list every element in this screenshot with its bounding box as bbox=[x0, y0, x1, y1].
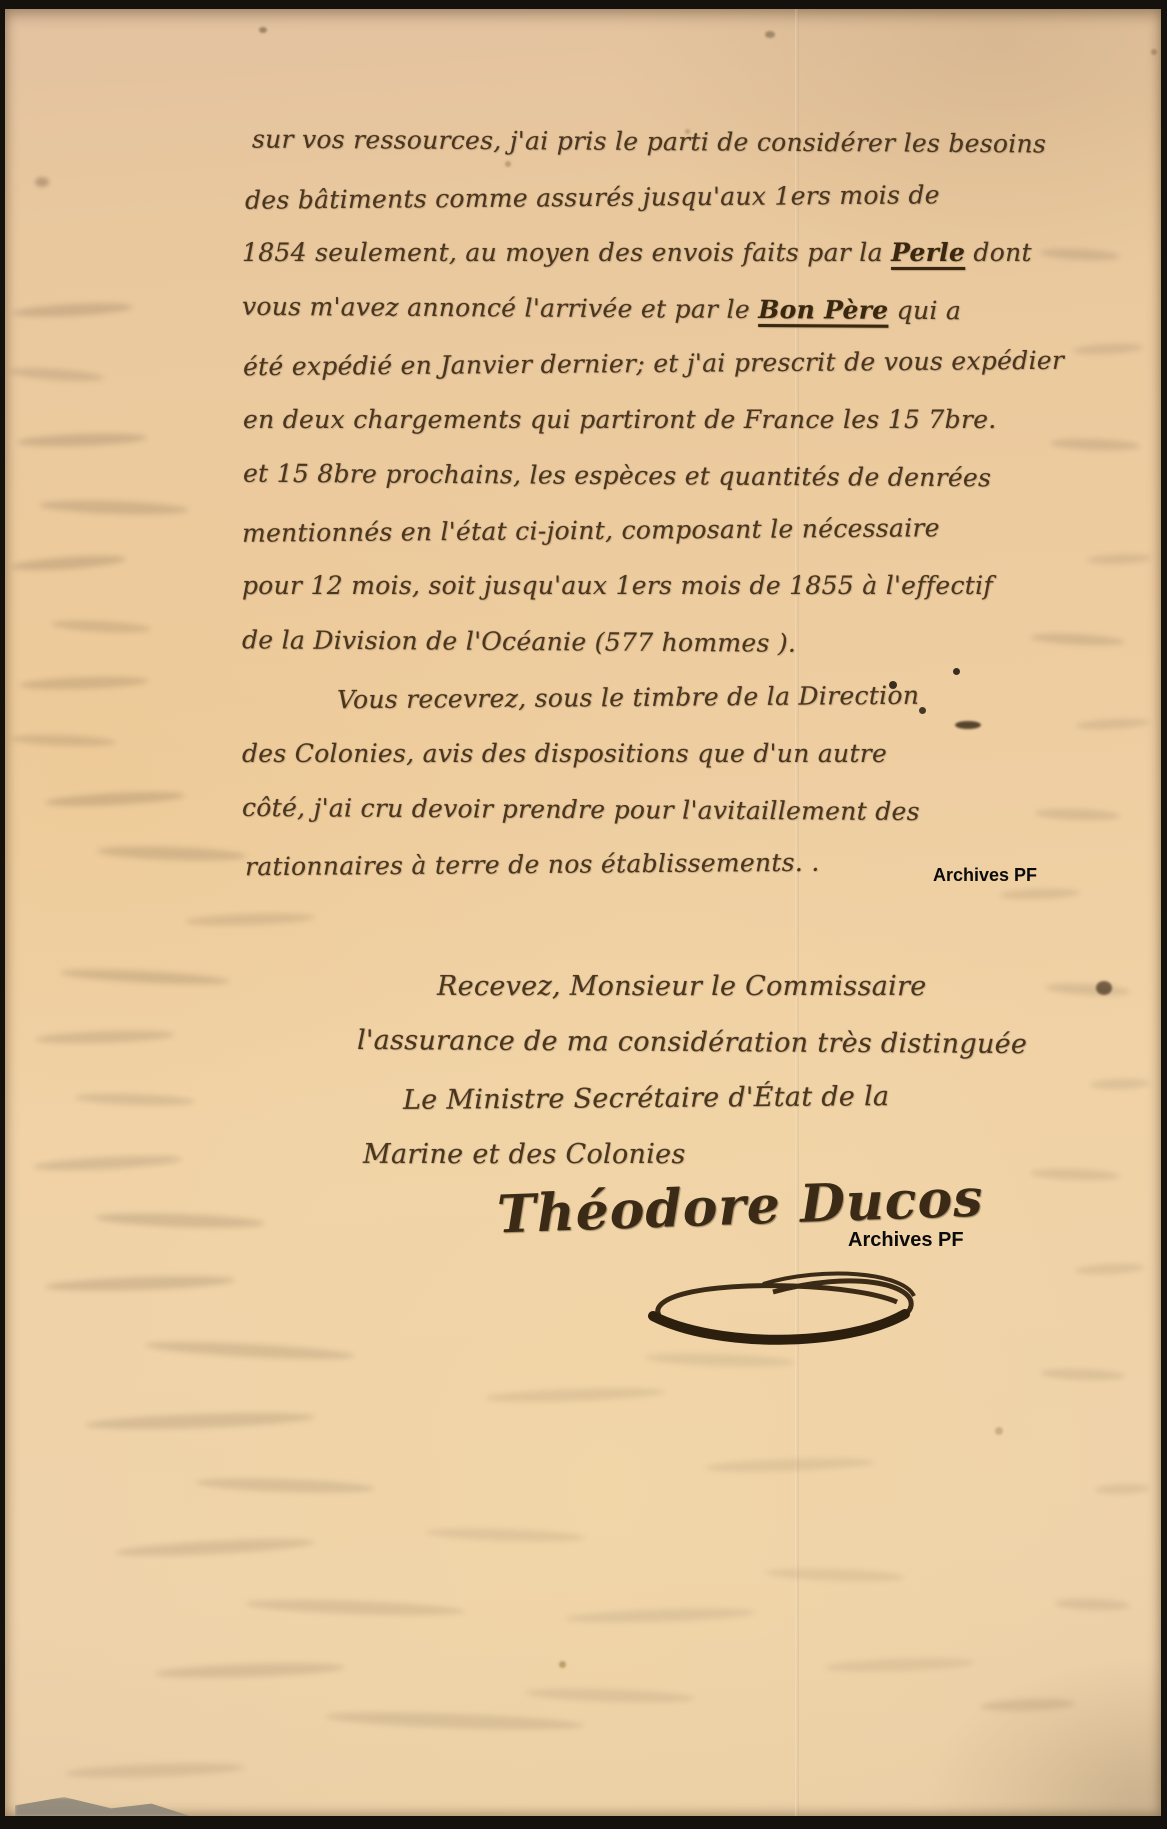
bleed-through-smudge bbox=[1095, 1483, 1150, 1495]
handwritten-line: pour 12 mois, soit jusqu'aux 1ers mois d… bbox=[242, 571, 993, 601]
line-text: vous m'avez annoncé l'arrivée et par le bbox=[242, 292, 758, 324]
handwritten-line: en deux chargements qui partiront de Fra… bbox=[243, 405, 997, 435]
archives-pf-watermark: Archives PF bbox=[933, 866, 1037, 884]
line-text: qui a bbox=[888, 296, 961, 325]
bleed-through-smudge bbox=[145, 1339, 355, 1363]
handwritten-line: 1854 seulement, au moyen des envois fait… bbox=[242, 238, 1032, 268]
bleed-through-smudge bbox=[1050, 437, 1140, 451]
bleed-through-smudge bbox=[11, 553, 127, 573]
bleed-through-smudge bbox=[525, 1686, 695, 1705]
closing-line: Le Ministre Secrétaire d'État de la bbox=[403, 1081, 890, 1117]
bleed-through-smudge bbox=[425, 1526, 585, 1544]
closing-line: l'assurance de ma considération très dis… bbox=[357, 1025, 1027, 1061]
bleed-through-smudge bbox=[155, 1661, 345, 1681]
bleed-through-smudge bbox=[245, 1597, 465, 1618]
handwritten-line: rationnaires à terre de nos établissemen… bbox=[245, 848, 820, 883]
bleed-through-smudge bbox=[97, 844, 247, 862]
bleed-through-smudge bbox=[85, 1410, 315, 1432]
bleed-through-smudge bbox=[51, 618, 151, 634]
bleed-through-smudge bbox=[705, 1456, 875, 1474]
bleed-through-smudge bbox=[35, 1029, 175, 1046]
bleed-through-smudge bbox=[60, 967, 230, 988]
signature-flourish bbox=[623, 1254, 923, 1354]
bleed-through-smudge bbox=[955, 721, 981, 729]
ship-name-perle: Perle bbox=[891, 238, 965, 267]
bleed-through-smudge bbox=[45, 789, 185, 808]
handwritten-line: sur vos ressources, j'ai pris le parti d… bbox=[252, 125, 1046, 160]
handwritten-line: de la Division de l'Océanie (577 hommes … bbox=[242, 625, 796, 658]
bleed-through-smudge bbox=[259, 27, 267, 33]
bleed-through-smudge bbox=[1087, 553, 1152, 565]
archives-pf-watermark: Archives PF bbox=[848, 1230, 964, 1250]
bleed-through-smudge bbox=[1000, 888, 1080, 901]
bleed-through-smudge bbox=[11, 733, 116, 748]
bleed-through-smudge bbox=[1030, 632, 1125, 648]
line-text: 1854 seulement, au moyen des envois fait… bbox=[242, 238, 891, 267]
bleed-through-smudge bbox=[33, 1153, 183, 1173]
bleed-through-smudge bbox=[565, 1606, 755, 1626]
handwritten-line: Vous recevrez, sous le timbre de la Dire… bbox=[337, 681, 919, 716]
handwritten-line: vous m'avez annoncé l'arrivée et par le … bbox=[242, 292, 961, 326]
bleed-through-smudge bbox=[485, 1386, 665, 1404]
bleed-through-smudge bbox=[1090, 1078, 1150, 1090]
handwritten-line: et 15 8bre prochains, les espèces et qua… bbox=[243, 459, 991, 494]
bleed-through-smudge bbox=[35, 177, 49, 187]
bleed-through-smudge bbox=[1055, 1598, 1130, 1612]
bleed-through-smudge bbox=[1035, 808, 1120, 822]
line-text: dont bbox=[965, 238, 1032, 267]
bleed-through-smudge bbox=[325, 1709, 585, 1732]
handwritten-line: été expédié en Janvier dernier; et j'ai … bbox=[243, 346, 1064, 382]
bleed-through-smudge bbox=[13, 301, 133, 319]
bottom-left-stain bbox=[15, 1797, 190, 1816]
bleed-through-smudge bbox=[185, 912, 315, 928]
handwritten-line: des bâtiments comme assurés jusqu'aux 1e… bbox=[245, 180, 940, 215]
bleed-through-smudge bbox=[1045, 982, 1130, 997]
bleed-through-smudge bbox=[765, 1567, 905, 1584]
paper-fold-line bbox=[795, 9, 799, 1816]
bleed-through-smudge bbox=[19, 675, 149, 692]
bleed-through-smudge bbox=[995, 1427, 1003, 1435]
bleed-through-smudge bbox=[1096, 981, 1112, 995]
bleed-through-smudge bbox=[65, 1761, 245, 1780]
bleed-through-smudge bbox=[17, 432, 147, 449]
handwritten-line: côté, j'ai cru devoir prendre pour l'avi… bbox=[242, 793, 920, 827]
ship-name-bon-pere: Bon Père bbox=[758, 295, 888, 325]
bleed-through-smudge bbox=[1073, 342, 1143, 356]
bleed-through-smudge bbox=[505, 161, 511, 167]
bleed-through-smudge bbox=[1075, 717, 1150, 731]
handwritten-line: des Colonies, avis des dispositions que … bbox=[242, 739, 887, 769]
bleed-through-smudge bbox=[825, 1656, 975, 1673]
scanned-letter-page: sur vos ressources, j'ai pris le parti d… bbox=[5, 9, 1161, 1816]
bleed-through-smudge bbox=[1030, 1167, 1120, 1181]
bleed-through-smudge bbox=[1040, 1368, 1125, 1382]
bleed-through-smudge bbox=[559, 1661, 566, 1668]
bleed-through-smudge bbox=[1040, 247, 1120, 262]
bleed-through-smudge bbox=[115, 1536, 315, 1559]
bleed-through-smudge bbox=[953, 668, 960, 675]
bleed-through-smudge bbox=[919, 707, 926, 714]
bleed-through-smudge bbox=[1075, 1262, 1145, 1276]
closing-line: Recevez, Monsieur le Commissaire bbox=[437, 971, 927, 1003]
bleed-through-smudge bbox=[195, 1476, 375, 1495]
bleed-through-smudge bbox=[9, 366, 105, 384]
bleed-through-smudge bbox=[39, 498, 189, 516]
closing-line: Marine et des Colonies bbox=[363, 1139, 686, 1171]
bleed-through-smudge bbox=[75, 1092, 195, 1107]
handwritten-line: mentionnés en l'état ci-joint, composant… bbox=[242, 513, 940, 548]
bleed-through-smudge bbox=[45, 1274, 235, 1294]
bleed-through-smudge bbox=[1151, 49, 1157, 55]
bleed-through-smudge bbox=[95, 1211, 265, 1230]
bleed-through-smudge bbox=[765, 31, 775, 38]
bleed-through-smudge bbox=[980, 1697, 1075, 1712]
